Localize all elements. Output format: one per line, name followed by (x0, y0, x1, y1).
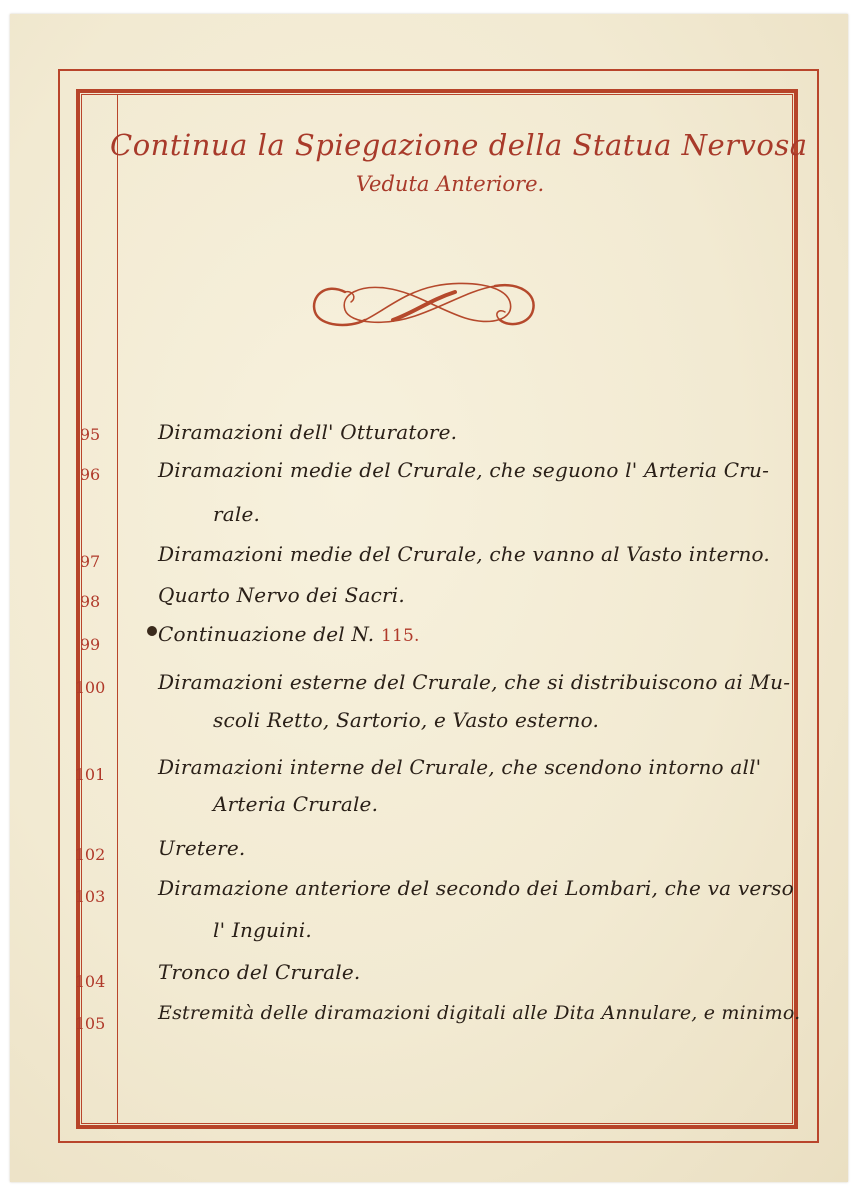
entry-text-continuation: l' Inguini. (213, 918, 833, 942)
entry-text: Diramazioni medie del Crurale, che seguo… (158, 458, 778, 482)
entry-text: Diramazioni interne del Crurale, che sce… (158, 755, 778, 779)
entry-text-continuation: rale. (213, 502, 833, 526)
entry-text: Diramazione anteriore del secondo dei Lo… (158, 876, 778, 900)
entry-text: Diramazioni medie del Crurale, che vanno… (158, 542, 778, 566)
page-title: Continua la Spiegazione della Statua Ner… (110, 128, 790, 162)
entry-text-continuation: Arteria Crurale. (213, 792, 833, 816)
entry-number: 97 (72, 552, 108, 571)
entry-text-main: Continuazione del N. (158, 622, 374, 646)
entry-text: Continuazione del N. 115. (158, 622, 778, 646)
entry-number: 105 (72, 1014, 108, 1033)
entry-text: Diramazioni esterne del Crurale, che si … (158, 670, 778, 694)
entry-text-continuation: scoli Retto, Sartorio, e Vasto esterno. (213, 708, 833, 732)
entry-text: Quarto Nervo dei Sacri. (158, 583, 778, 607)
entry-number: 98 (72, 592, 108, 611)
entry-number: 104 (72, 972, 108, 991)
entry-number: 99 (72, 635, 108, 654)
entry-number: 100 (72, 678, 108, 697)
flourish-ornament-icon (305, 272, 540, 338)
ink-blot (147, 626, 157, 636)
entry-text: Uretere. (158, 836, 778, 860)
entry-number: 101 (72, 765, 108, 784)
entry-text: Tronco del Crurale. (158, 960, 778, 984)
entry-number: 102 (72, 845, 108, 864)
entry-number: 103 (72, 887, 108, 906)
entry-text: Diramazioni dell' Otturatore. (158, 420, 778, 444)
page-subtitle: Veduta Anteriore. (110, 172, 790, 196)
margin-rule (117, 94, 118, 1124)
entry-number: 95 (72, 425, 108, 444)
entry-text: Estremità delle diramazioni digitali all… (158, 1002, 778, 1024)
cross-reference-number: 115 (381, 626, 414, 646)
entry-number: 96 (72, 465, 108, 484)
